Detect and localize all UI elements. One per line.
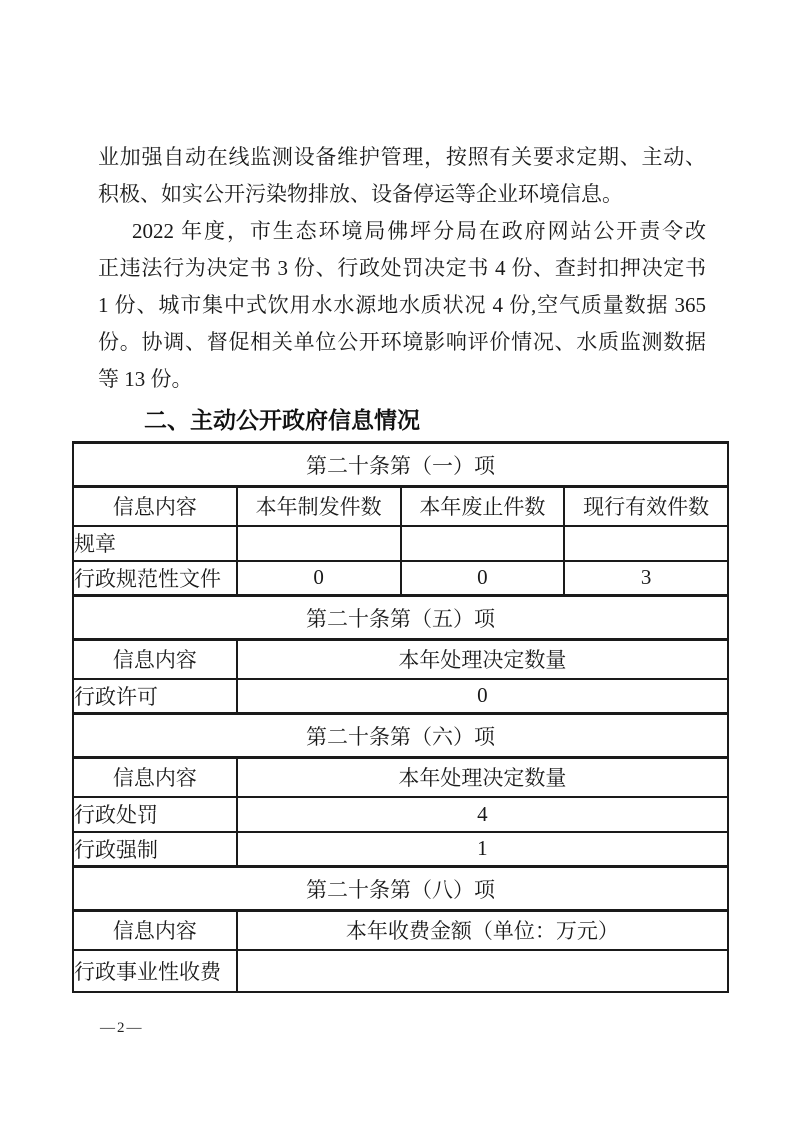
- table-row: 行政处罚 4: [73, 797, 728, 832]
- row-label: 行政规范性文件: [73, 561, 237, 596]
- row-value: [237, 950, 728, 992]
- paragraph-line: 业加强自动在线监测设备维护管理，按照有关要求定期、主动、: [98, 139, 706, 176]
- page-number: —2—: [100, 1020, 144, 1037]
- paragraph-line: 2022 年度，市生态环境局佛坪分局在政府网站公开责令改: [98, 213, 706, 250]
- table-row: 行政许可 0: [73, 679, 728, 714]
- section-title: 第二十条第（八）项: [73, 867, 728, 911]
- table-header-row: 信息内容 本年收费金额（单位：万元）: [73, 911, 728, 950]
- paragraph-line: 正违法行为决定书 3 份、行政处罚决定书 4 份、查封扣押决定书: [98, 250, 706, 287]
- table-section-row: 第二十条第（八）项: [73, 867, 728, 911]
- column-header: 本年处理决定数量: [237, 758, 728, 797]
- column-header: 本年收费金额（单位：万元）: [237, 911, 728, 950]
- paragraph-line: 积极、如实公开污染物排放、设备停运等企业环境信息。: [98, 176, 706, 213]
- table-row: 行政事业性收费: [73, 950, 728, 992]
- paragraph-line: 等 13 份。: [98, 361, 706, 398]
- column-header: 现行有效件数: [564, 487, 728, 526]
- row-value: 1: [237, 832, 728, 867]
- table-section-row: 第二十条第（六）项: [73, 714, 728, 758]
- row-value: 0: [237, 679, 728, 714]
- row-label: 行政强制: [73, 832, 237, 867]
- table-row: 行政规范性文件 0 0 3: [73, 561, 728, 596]
- column-header: 信息内容: [73, 640, 237, 679]
- table-row: 行政强制 1: [73, 832, 728, 867]
- table-header-row: 信息内容 本年处理决定数量: [73, 758, 728, 797]
- paragraph-line: 1 份、城市集中式饮用水水源地水质状况 4 份,空气质量数据 365: [98, 287, 706, 324]
- row-label: 行政处罚: [73, 797, 237, 832]
- row-value: [564, 526, 728, 561]
- document-page: 业加强自动在线监测设备维护管理，按照有关要求定期、主动、 积极、如实公开污染物排…: [0, 0, 793, 1122]
- column-header: 信息内容: [73, 487, 237, 526]
- row-label: 规章: [73, 526, 237, 561]
- table-row: 规章: [73, 526, 728, 561]
- row-value: 3: [564, 561, 728, 596]
- row-value: [401, 526, 565, 561]
- row-label: 行政许可: [73, 679, 237, 714]
- column-header: 本年制发件数: [237, 487, 401, 526]
- table-header-row: 信息内容 本年处理决定数量: [73, 640, 728, 679]
- row-value: 0: [401, 561, 565, 596]
- section-title: 第二十条第（一）项: [73, 443, 728, 487]
- table-header-row: 信息内容 本年制发件数 本年废止件数 现行有效件数: [73, 487, 728, 526]
- paragraph-line: 份。协调、督促相关单位公开环境影响评价情况、水质监测数据: [98, 324, 706, 361]
- section-title: 第二十条第（六）项: [73, 714, 728, 758]
- row-label: 行政事业性收费: [73, 950, 237, 992]
- row-value: 0: [237, 561, 401, 596]
- table-section-row: 第二十条第（五）项: [73, 596, 728, 640]
- info-disclosure-table: 第二十条第（一）项 信息内容 本年制发件数 本年废止件数 现行有效件数 规章 行…: [72, 441, 729, 993]
- body-text: 业加强自动在线监测设备维护管理，按照有关要求定期、主动、 积极、如实公开污染物排…: [98, 139, 706, 434]
- table-section-row: 第二十条第（一）项: [73, 443, 728, 487]
- column-header: 本年处理决定数量: [237, 640, 728, 679]
- row-value: [237, 526, 401, 561]
- paragraph-1: 业加强自动在线监测设备维护管理，按照有关要求定期、主动、 积极、如实公开污染物排…: [98, 139, 706, 213]
- column-header: 信息内容: [73, 758, 237, 797]
- section-heading: 二、主动公开政府信息情况: [98, 406, 706, 434]
- column-header: 信息内容: [73, 911, 237, 950]
- paragraph-2: 2022 年度，市生态环境局佛坪分局在政府网站公开责令改 正违法行为决定书 3 …: [98, 213, 706, 398]
- column-header: 本年废止件数: [401, 487, 565, 526]
- section-title: 第二十条第（五）项: [73, 596, 728, 640]
- row-value: 4: [237, 797, 728, 832]
